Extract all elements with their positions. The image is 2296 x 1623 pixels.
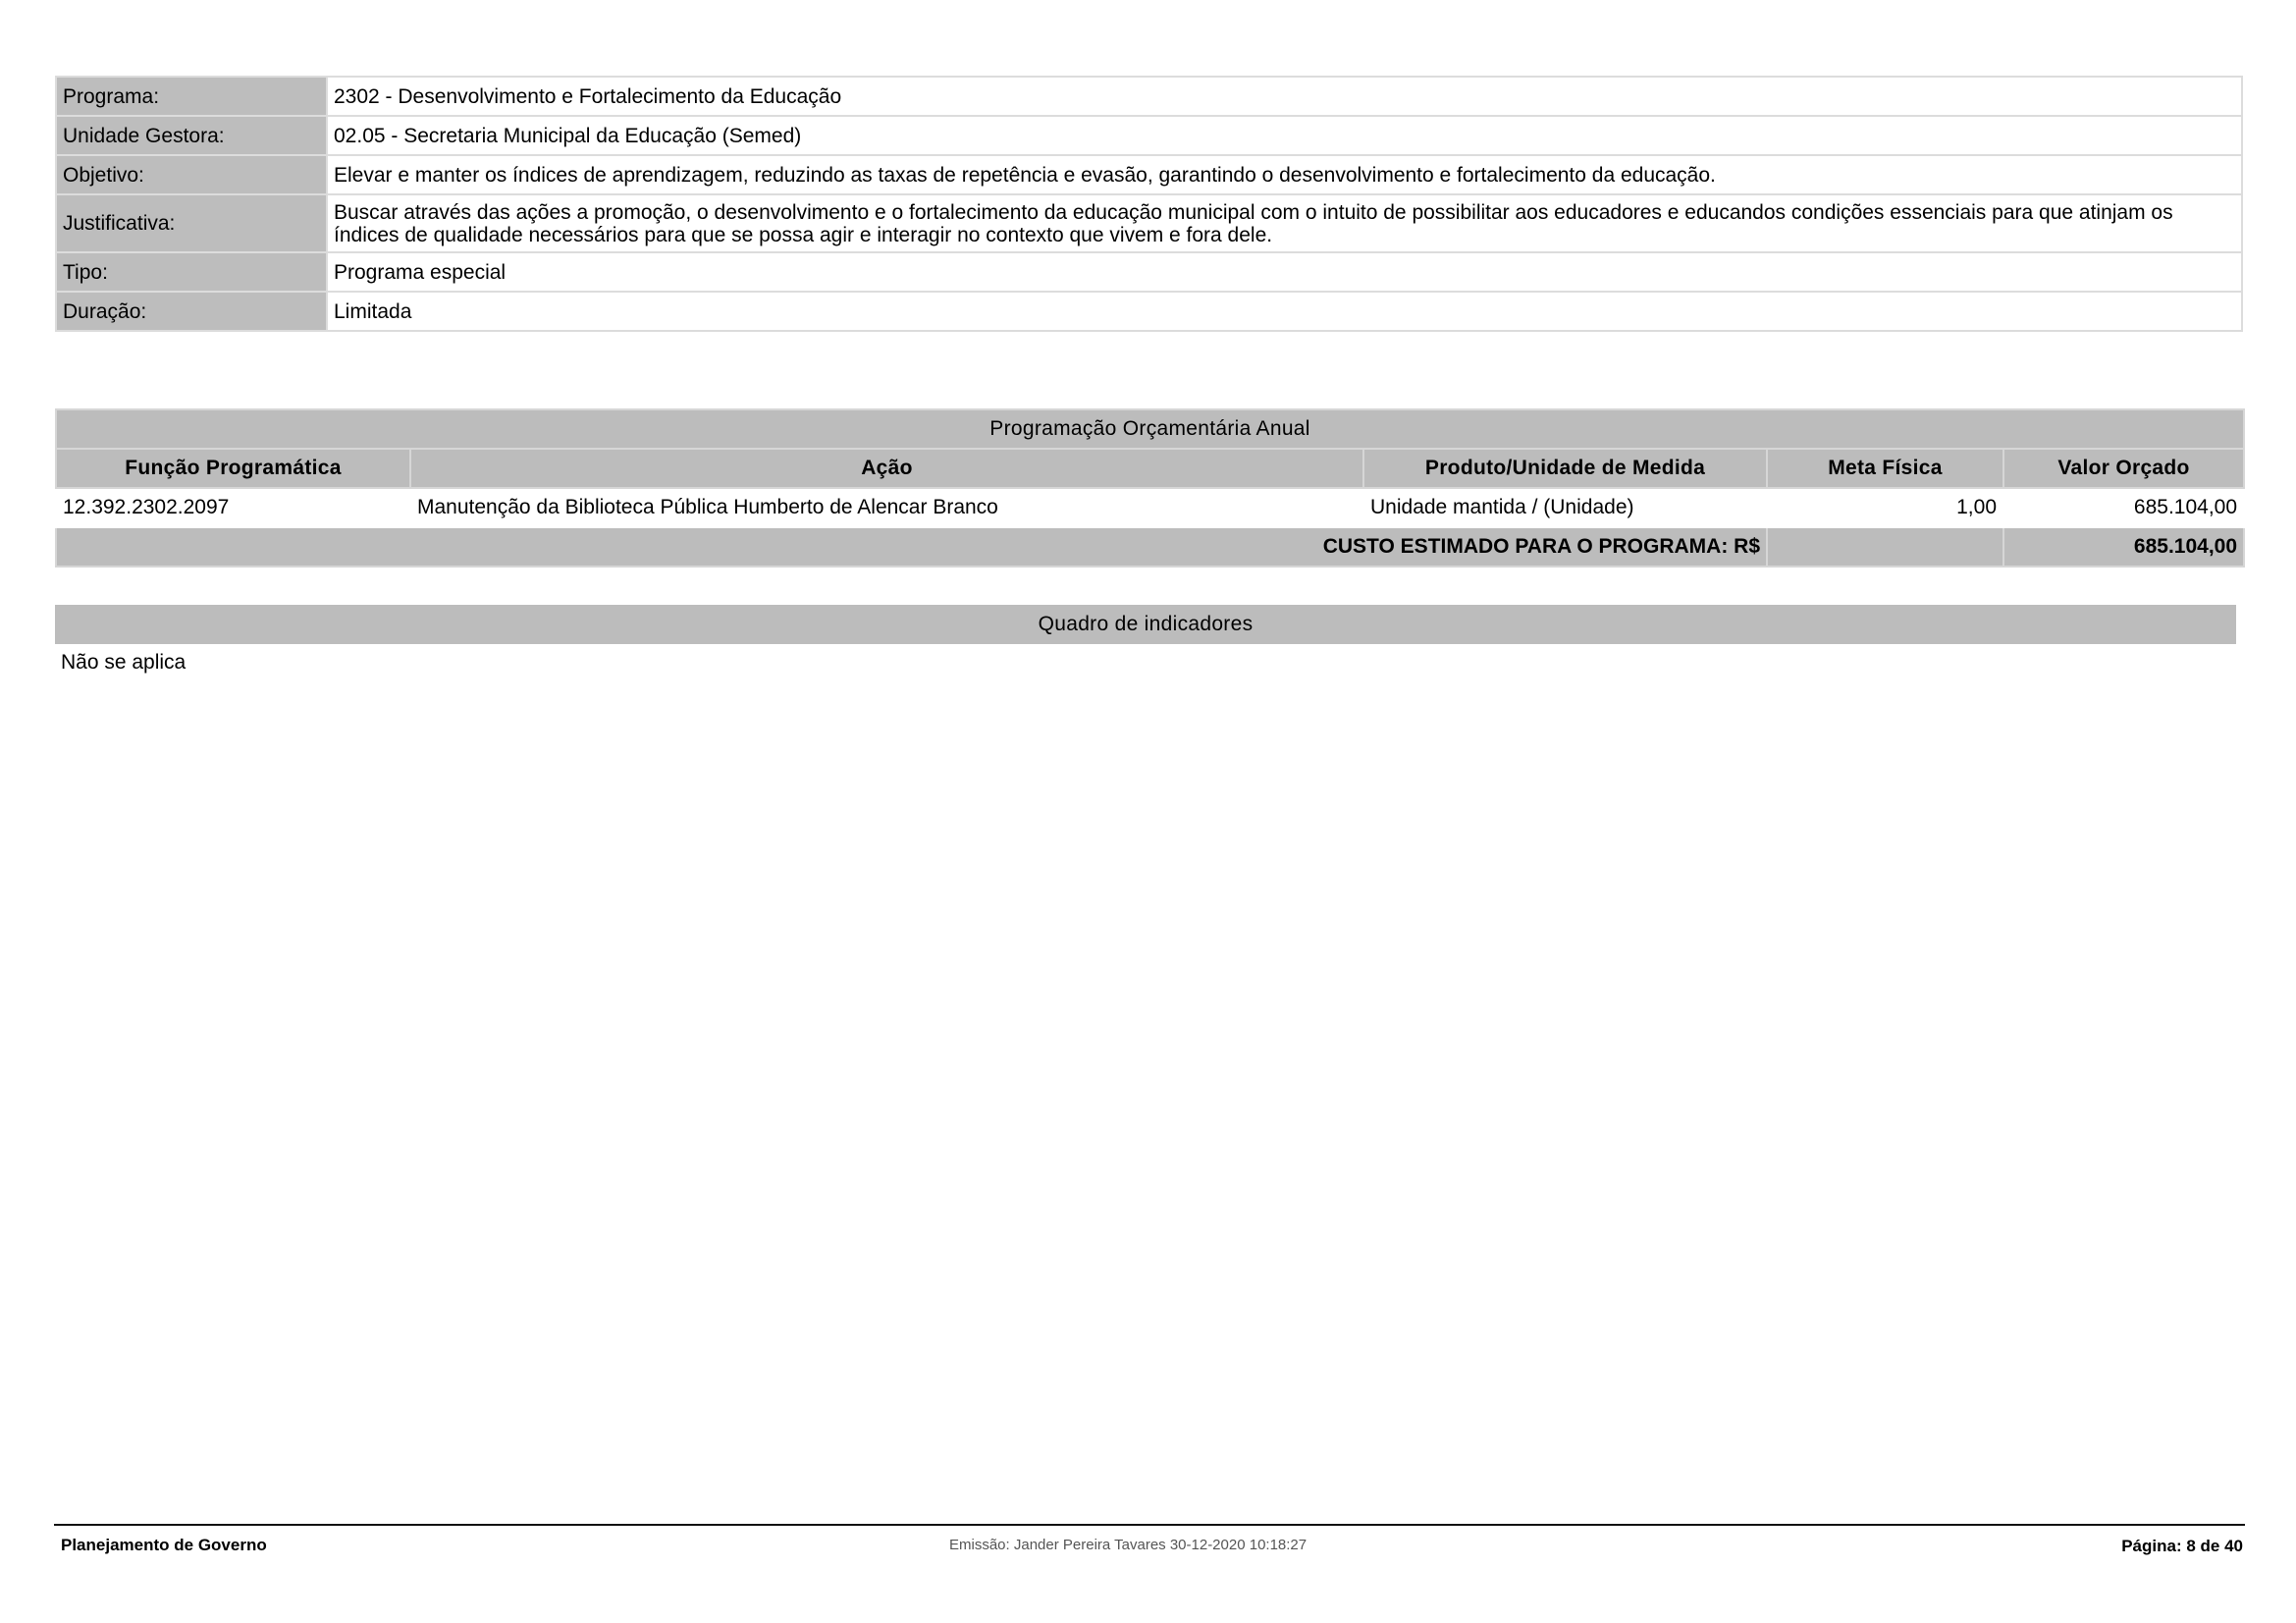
budget-table: Programação Orçamentária Anual Função Pr… — [55, 408, 2245, 568]
info-value: Limitada — [327, 292, 2242, 331]
info-row-justificativa: Justificativa: Buscar através das ações … — [56, 194, 2242, 252]
info-value: Buscar através das ações a promoção, o d… — [327, 194, 2242, 252]
cell-acao: Manutenção da Biblioteca Pública Humbert… — [410, 488, 1363, 527]
budget-header-row: Função Programática Ação Produto/Unidade… — [56, 449, 2244, 488]
total-row: CUSTO ESTIMADO PARA O PROGRAMA: R$ 685.1… — [56, 527, 2244, 567]
col-header-produto: Produto/Unidade de Medida — [1363, 449, 1767, 488]
program-info-table: Programa: 2302 - Desenvolvimento e Forta… — [55, 76, 2243, 332]
info-label: Duração: — [56, 292, 327, 331]
col-header-funcao: Função Programática — [56, 449, 410, 488]
cell-funcao: 12.392.2302.2097 — [56, 488, 410, 527]
cell-meta: 1,00 — [1767, 488, 2003, 527]
footer-page-number: Página: 8 de 40 — [2121, 1535, 2243, 1558]
col-header-acao: Ação — [410, 449, 1363, 488]
col-header-valor: Valor Orçado — [2003, 449, 2244, 488]
info-row-duracao: Duração: Limitada — [56, 292, 2242, 331]
indicators-header: Quadro de indicadores — [55, 605, 2236, 644]
info-label: Justificativa: — [56, 194, 327, 252]
info-row-unidade-gestora: Unidade Gestora: 02.05 - Secretaria Muni… — [56, 116, 2242, 155]
col-header-meta: Meta Física — [1767, 449, 2003, 488]
info-value: 2302 - Desenvolvimento e Fortalecimento … — [327, 77, 2242, 116]
info-value: Programa especial — [327, 252, 2242, 292]
cell-produto: Unidade mantida / (Unidade) — [1363, 488, 1767, 527]
indicators-empty-text: Não se aplica — [61, 650, 186, 676]
info-row-tipo: Tipo: Programa especial — [56, 252, 2242, 292]
cell-valor: 685.104,00 — [2003, 488, 2244, 527]
info-label: Unidade Gestora: — [56, 116, 327, 155]
budget-title: Programação Orçamentária Anual — [56, 409, 2244, 449]
footer-emission: Emissão: Jander Pereira Tavares 30-12-20… — [949, 1535, 1307, 1556]
info-row-programa: Programa: 2302 - Desenvolvimento e Forta… — [56, 77, 2242, 116]
info-value: Elevar e manter os índices de aprendizag… — [327, 155, 2242, 194]
footer-title: Planejamento de Governo — [61, 1535, 267, 1556]
info-label: Programa: — [56, 77, 327, 116]
table-row: 12.392.2302.2097 Manutenção da Bibliotec… — [56, 488, 2244, 527]
total-empty — [1767, 527, 2003, 567]
info-row-objetivo: Objetivo: Elevar e manter os índices de … — [56, 155, 2242, 194]
total-label: CUSTO ESTIMADO PARA O PROGRAMA: R$ — [56, 527, 1767, 567]
info-label: Tipo: — [56, 252, 327, 292]
info-value: 02.05 - Secretaria Municipal da Educação… — [327, 116, 2242, 155]
total-value: 685.104,00 — [2003, 527, 2244, 567]
footer-divider — [54, 1524, 2245, 1526]
info-label: Objetivo: — [56, 155, 327, 194]
